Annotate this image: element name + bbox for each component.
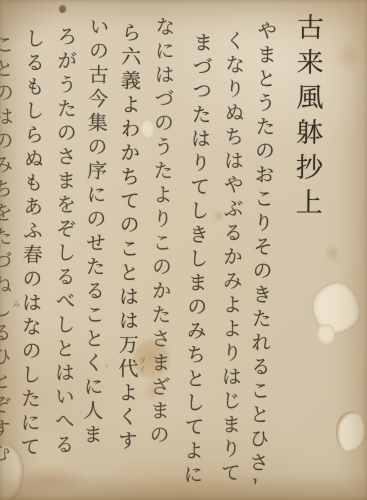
text-column-5: ら六義よわかちてのことはは万代よくす xyxy=(110,22,144,466)
damage-patch-right-lower xyxy=(334,410,366,453)
faint-stain-top-right xyxy=(336,40,360,70)
interlinear-mark-3: み xyxy=(11,300,22,309)
text-column-7: ろがうたのさまをぞしるべしとはいへる xyxy=(47,26,80,468)
interlinear-mark-1: タイ xyxy=(137,356,148,374)
smudge-bottom-left xyxy=(14,466,88,494)
text-column-2: くなりぬちはやぶるかみよよりはじまりて xyxy=(213,30,248,486)
manuscript-photo: 古来風躰抄上 やまとうたのおこりそのきたれることひさし くなりぬちはやぶるかみよ… xyxy=(0,0,367,500)
ink-speck-top-left xyxy=(59,5,66,13)
manuscript-page: 古来風躰抄上 やまとうたのおこりそのきたれることひさし くなりぬちはやぶるかみよ… xyxy=(0,0,367,500)
olive-stain-right xyxy=(324,246,341,260)
damage-patch-right-tail xyxy=(317,324,335,344)
text-column-3: まづつたはりてしきしまのみちとしてよに xyxy=(176,32,216,489)
text-column-8: しるもしらぬもあふ春のはなのしたにて xyxy=(13,28,48,470)
text-column-6: いの古今集の序にのせたることくに人ま xyxy=(75,16,112,460)
title-column: 古来風躰抄上 xyxy=(289,13,325,239)
text-column-4: なにはづのうたよりこのかたさまざまの xyxy=(142,16,178,474)
interlinear-mark-2: ヽ xyxy=(101,362,112,371)
damage-patch-right-upper xyxy=(310,280,363,336)
